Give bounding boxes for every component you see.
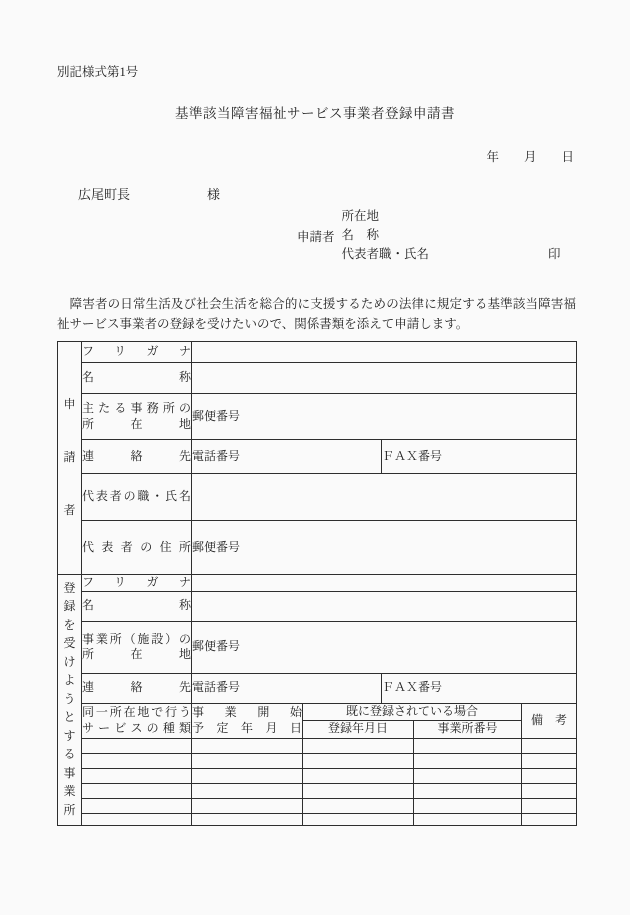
service-empty-cell [303,768,414,783]
seal-mark: 印 [548,245,561,264]
service-empty-cell [82,783,192,798]
service-empty-cell [522,753,577,768]
applicant-rep-address-row: 代表者の住所 郵便番号 [58,521,577,575]
date-line: 年 月 日 [486,147,574,165]
already-registered-header: 既に登録されている場合 [303,703,522,720]
applicant-office-address-row: 主たる事務所の 所在地 郵便番号 [58,394,577,440]
service-empty-cell [192,813,303,825]
applicant-representative-row: 代表者の職・氏名 [58,474,577,521]
start-date-header: 事業開始 予定年月日 [192,703,303,738]
postal-code-label: 郵便番号 [192,409,240,423]
applicant-rep-address-label: 代表者の住所 [82,521,192,575]
service-empty-cell [82,798,192,813]
office-location-row: 事業所（施設）の 所在地 郵便番号 [58,621,577,673]
service-empty-row [58,768,577,783]
office-name-value [192,591,577,621]
applicant-phone-cell: 電話番号 [192,440,382,474]
applicant-name-value [192,363,577,394]
applicant-signature-block: 申請者 所在地 名 称 代表者職・氏名 印 [297,207,561,264]
service-empty-cell [522,813,577,825]
office-name-label: 名称 [82,591,192,621]
service-empty-cell [192,798,303,813]
office-contact-row: 連絡先 電話番号 ＦＡＸ番号 [58,673,577,703]
applicant-section: 申請者 フリガナ 名称 主たる事務所の 所在地 郵便番号 連絡先 電話番号 ＦＡ… [58,342,577,575]
office-side-label-cell: 登録を受けようとする事業所 [58,575,82,826]
applicant-furigana-value [192,342,577,363]
form-number: 別記様式第1号 [57,62,138,80]
office-contact-label: 連絡先 [82,673,192,703]
office-name-row: 名称 [58,591,577,621]
service-empty-row [58,738,577,753]
applicant-fields: 所在地 名 称 代表者職・氏名 印 [342,207,561,264]
office-furigana-label: フリガナ [82,575,192,592]
addressee: 広尾町長様 [78,184,220,203]
service-empty-cell [82,753,192,768]
vertical-char: す [63,730,75,742]
applicant-contact-label: 連絡先 [82,440,192,474]
service-empty-cell [414,783,522,798]
vertical-char: 所 [63,804,75,816]
service-empty-cell [303,753,414,768]
service-empty-cell [82,738,192,753]
office-phone-cell: 電話番号 [192,673,382,703]
vertical-char: 請 [63,451,75,463]
postal-code-label: 郵便番号 [192,639,240,653]
vertical-char: 録 [63,600,75,612]
office-number-header: 事業所番号 [414,720,522,738]
remarks-header: 備 考 [522,703,577,738]
applicant-office-address-value: 郵便番号 [192,394,577,440]
applicant-furigana-label: フリガナ [82,342,192,363]
vertical-char: る [63,748,75,760]
applicant-representative-label: 代表者の職・氏名 [82,474,192,521]
service-empty-cell [303,798,414,813]
document-title: 基準該当障害福祉サービス事業者登録申請書 [0,102,630,122]
applicant-name-row: 名称 [58,363,577,394]
applicant-field-location: 所在地 [342,207,561,226]
service-empty-cell [303,783,414,798]
postal-code-label: 郵便番号 [192,540,240,554]
vertical-char: 登 [63,582,75,594]
vertical-char: 業 [63,785,75,797]
addressee-honorific: 様 [207,187,220,202]
vertical-char: け [63,656,75,668]
applicant-field-representative-row: 代表者職・氏名 印 [342,245,561,264]
service-empty-cell [82,768,192,783]
service-empty-row [58,813,577,825]
applicant-side-label-cell: 申請者 [58,342,82,575]
applicant-rep-address-value: 郵便番号 [192,521,577,575]
applicant-fax-cell: ＦＡＸ番号 [382,440,577,474]
service-empty-cell [522,798,577,813]
vertical-char: よ [63,674,75,686]
application-form-table: 申請者 フリガナ 名称 主たる事務所の 所在地 郵便番号 連絡先 電話番号 ＦＡ… [57,341,577,826]
service-empty-cell [192,753,303,768]
service-empty-cell [192,768,303,783]
service-type-header: 同一所在地で行う サービスの種類 [82,703,192,738]
vertical-char: と [63,711,75,723]
office-furigana-value [192,575,577,592]
applicant-side-label: 申請者 [58,343,81,574]
applicant-field-name: 名 称 [342,226,561,245]
applicant-representative-value [192,474,577,521]
office-location-label: 事業所（施設）の 所在地 [82,621,192,673]
service-empty-row [58,753,577,768]
service-empty-cell [414,798,522,813]
service-empty-row [58,798,577,813]
office-side-label: 登録を受けようとする事業所 [58,577,81,823]
vertical-char: 申 [63,398,75,410]
office-fax-cell: ＦＡＸ番号 [382,673,577,703]
service-empty-cell [303,813,414,825]
registration-date-header: 登録年月日 [303,720,414,738]
vertical-char: 受 [63,637,75,649]
service-empty-cell [414,738,522,753]
document-page: 別記様式第1号 基準該当障害福祉サービス事業者登録申請書 年 月 日 広尾町長様… [0,0,630,915]
service-empty-cell [522,738,577,753]
vertical-char: を [63,619,75,631]
office-section: 登録を受けようとする事業所 フリガナ 名称 事業所（施設）の 所在地 郵便番号 … [58,575,577,826]
service-empty-cell [303,738,414,753]
service-table-header-row-1: 同一所在地で行う サービスの種類 事業開始 予定年月日 既に登録されている場合 … [58,703,577,720]
body-paragraph: 障害者の日常生活及び社会生活を総合的に支援するための法律に規定する基準該当障害福… [57,295,576,334]
applicant-furigana-row: 申請者 フリガナ [58,342,577,363]
vertical-char: 事 [63,767,75,779]
service-empty-cell [414,768,522,783]
service-empty-cell [522,783,577,798]
applicant-name-label: 名称 [82,363,192,394]
office-location-value: 郵便番号 [192,621,577,673]
applicant-field-representative: 代表者職・氏名 [342,245,430,264]
service-empty-cell [522,768,577,783]
office-furigana-row: 登録を受けようとする事業所 フリガナ [58,575,577,592]
service-empty-cell [414,753,522,768]
vertical-char: 者 [63,504,75,516]
service-empty-cell [414,813,522,825]
applicant-label: 申請者 [297,227,335,245]
service-empty-cell [82,813,192,825]
applicant-contact-row: 連絡先 電話番号 ＦＡＸ番号 [58,440,577,474]
addressee-name: 広尾町長 [78,187,130,202]
applicant-office-address-label: 主たる事務所の 所在地 [82,394,192,440]
vertical-char: う [63,693,75,705]
service-empty-row [58,783,577,798]
service-empty-cell [192,783,303,798]
service-empty-cell [192,738,303,753]
